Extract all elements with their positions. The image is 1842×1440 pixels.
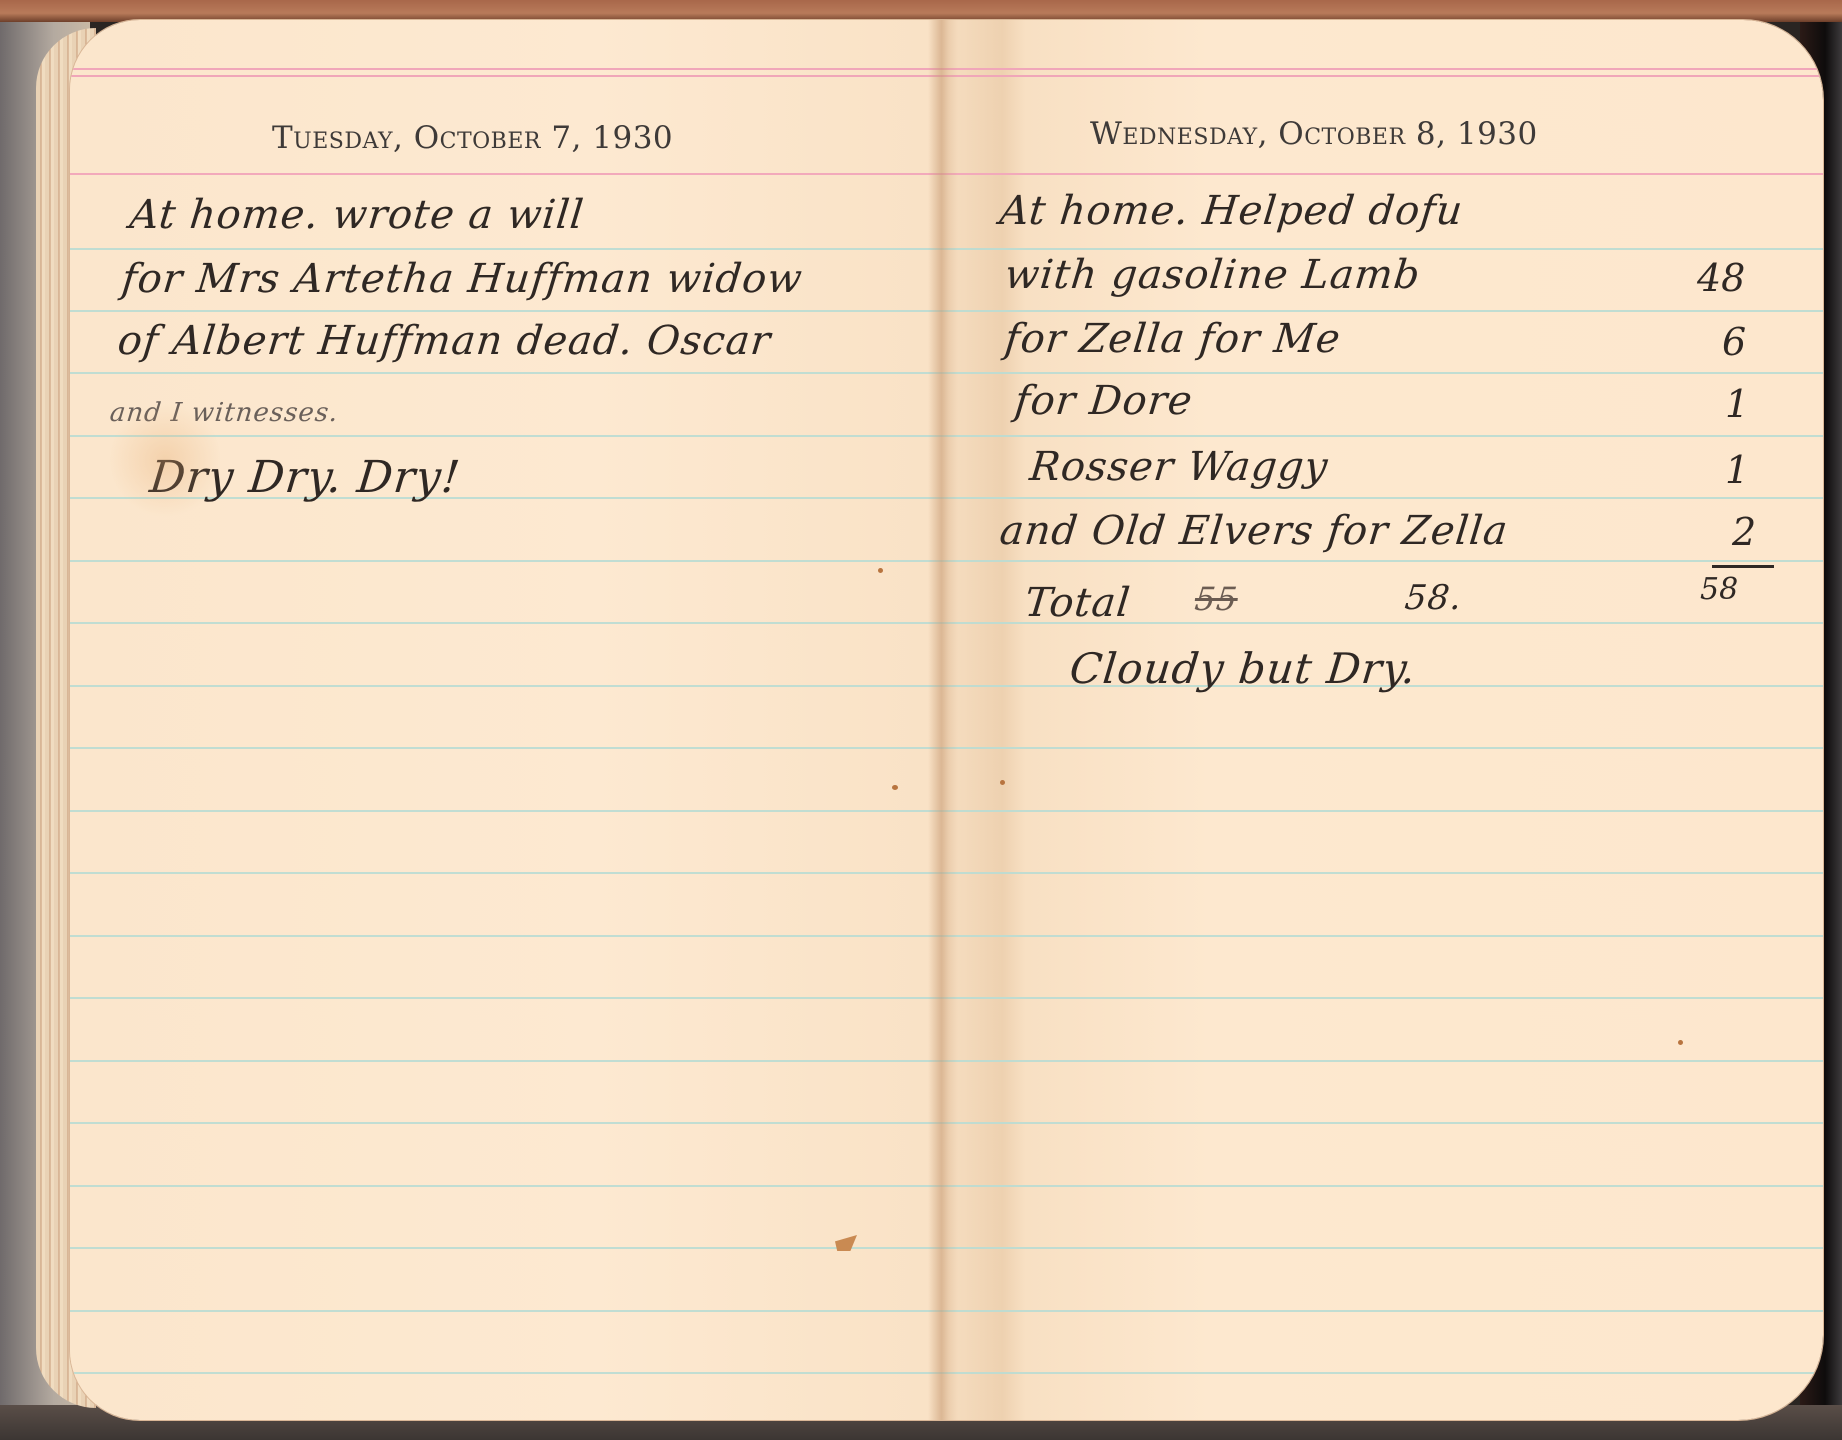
right-entry-line: and Old Elvers for Zella bbox=[998, 508, 1511, 554]
column-subtotal: 58 bbox=[1700, 572, 1738, 607]
right-entry-amount: 48 bbox=[1697, 256, 1745, 300]
right-entry-line: Rosser Waggy bbox=[1028, 444, 1331, 490]
left-entry-line: At home. wrote a will bbox=[128, 192, 587, 238]
right-entry-line: At home. Helped dofu bbox=[998, 188, 1466, 234]
age-stain bbox=[110, 400, 220, 520]
right-page-date-header: Wednesday, October 8, 1930 bbox=[1090, 116, 1538, 152]
paper-speck bbox=[878, 568, 883, 573]
left-entry-line: of Albert Huffman dead. Oscar bbox=[116, 318, 774, 364]
sum-underline bbox=[1712, 565, 1774, 568]
diary-spread: Tuesday, October 7, 1930 At home. wrote … bbox=[70, 20, 1823, 1420]
right-entry-weather: Cloudy but Dry. bbox=[1067, 644, 1418, 693]
right-entry-line: for Dore bbox=[1013, 378, 1196, 424]
right-entry-amount: 2 bbox=[1732, 510, 1756, 554]
book-gutter bbox=[928, 20, 958, 1420]
right-entry-amount: 1 bbox=[1725, 382, 1749, 426]
right-entry-amount: 6 bbox=[1722, 320, 1746, 364]
leather-cover-top bbox=[0, 0, 1842, 22]
left-entry-line: for Mrs Artetha Huffman widow bbox=[120, 256, 806, 302]
left-page-date-header: Tuesday, October 7, 1930 bbox=[272, 120, 673, 156]
right-entry-line: for Zella for Me bbox=[1003, 316, 1344, 362]
total-label: Total bbox=[1023, 580, 1133, 626]
right-entry-line: with gasoline Lamb bbox=[1003, 252, 1423, 298]
paper-speck bbox=[1678, 1040, 1683, 1045]
paper-speck bbox=[892, 785, 898, 790]
right-entry-amount: 1 bbox=[1725, 448, 1749, 492]
total-value: 58. bbox=[1403, 578, 1464, 618]
paper-speck bbox=[1000, 780, 1005, 785]
total-struck-value: 55 bbox=[1193, 580, 1240, 618]
